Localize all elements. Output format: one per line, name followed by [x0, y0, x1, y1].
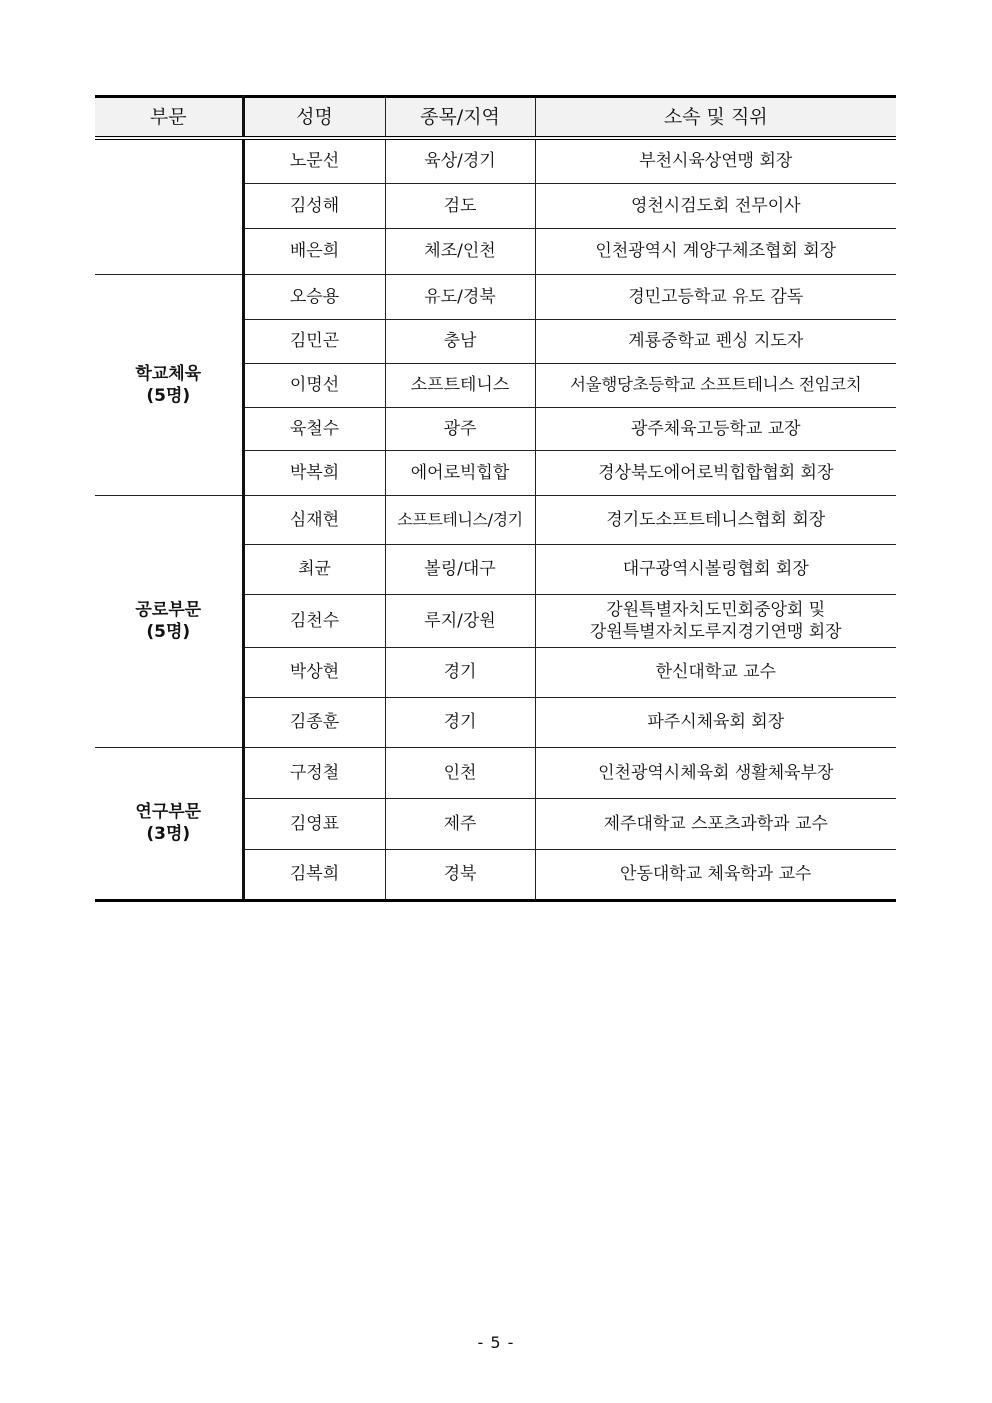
- name-cell: 김천수: [243, 594, 385, 647]
- sport-region-cell: 육상/경기: [385, 138, 535, 183]
- affiliation-cell: 파주시체육회 회장: [535, 697, 896, 747]
- sport-region-cell: 경기: [385, 697, 535, 747]
- affiliation-cell: 경기도소프트테니스협회 회장: [535, 495, 896, 544]
- name-cell: 배은희: [243, 228, 385, 274]
- affiliation-cell: 제주대학교 스포츠과학과 교수: [535, 798, 896, 849]
- category-cell: 연구부문 (3명): [95, 747, 243, 900]
- name-cell: 오승용: [243, 274, 385, 319]
- table-row: 학교체육 (5명) 오승용 유도/경북 경민고등학교 유도 감독: [95, 274, 896, 319]
- sport-region-cell: 인천: [385, 747, 535, 798]
- header-name: 성명: [243, 97, 385, 139]
- affiliation-cell: 인천광역시체육회 생활체육부장: [535, 747, 896, 798]
- name-cell: 구정철: [243, 747, 385, 798]
- affiliation-cell: 안동대학교 체육학과 교수: [535, 849, 896, 900]
- category-label: 학교체육: [97, 363, 240, 385]
- name-cell: 육철수: [243, 407, 385, 450]
- name-cell: 김민곤: [243, 319, 385, 363]
- name-cell: 김복희: [243, 849, 385, 900]
- affiliation-line-1: 강원특별자치도민회중앙회 및: [538, 599, 895, 621]
- sport-region-cell: 제주: [385, 798, 535, 849]
- affiliation-cell: 영천시검도회 전무이사: [535, 183, 896, 228]
- name-cell: 박복희: [243, 450, 385, 495]
- award-roster-table: 부문 성명 종목/지역 소속 및 직위 노문선 육상/경기 부천시육상연맹 회장…: [95, 95, 896, 902]
- category-count: (3명): [97, 823, 240, 845]
- category-label: 공로부문: [97, 599, 240, 621]
- affiliation-cell: 강원특별자치도민회중앙회 및 강원특별자치도루지경기연맹 회장: [535, 594, 896, 647]
- affiliation-cell: 경상북도에어로빅힙합협회 회장: [535, 450, 896, 495]
- name-cell: 노문선: [243, 138, 385, 183]
- sport-region-cell: 체조/인천: [385, 228, 535, 274]
- affiliation-cell: 부천시육상연맹 회장: [535, 138, 896, 183]
- sport-region-cell: 경북: [385, 849, 535, 900]
- sport-region-cell: 유도/경북: [385, 274, 535, 319]
- page-number: - 5 -: [0, 1333, 992, 1352]
- sport-region-cell: 에어로빅힙합: [385, 450, 535, 495]
- affiliation-cell: 경민고등학교 유도 감독: [535, 274, 896, 319]
- name-cell: 박상현: [243, 647, 385, 697]
- sport-region-cell: 볼링/대구: [385, 544, 535, 594]
- sport-region-cell: 검도: [385, 183, 535, 228]
- affiliation-cell: 서울행당초등학교 소프트테니스 전임코치: [535, 363, 896, 407]
- table-row: 노문선 육상/경기 부천시육상연맹 회장: [95, 138, 896, 183]
- table-row: 공로부문 (5명) 심재현 소프트테니스/경기 경기도소프트테니스협회 회장: [95, 495, 896, 544]
- table-row: 연구부문 (3명) 구정철 인천 인천광역시체육회 생활체육부장: [95, 747, 896, 798]
- affiliation-cell: 한신대학교 교수: [535, 647, 896, 697]
- name-cell: 김영표: [243, 798, 385, 849]
- name-cell: 이명선: [243, 363, 385, 407]
- affiliation-cell: 계룡중학교 펜싱 지도자: [535, 319, 896, 363]
- name-cell: 최균: [243, 544, 385, 594]
- name-cell: 김종훈: [243, 697, 385, 747]
- table-header-row: 부문 성명 종목/지역 소속 및 직위: [95, 97, 896, 139]
- category-cell: [95, 138, 243, 274]
- name-cell: 심재현: [243, 495, 385, 544]
- affiliation-line-2: 강원특별자치도루지경기연맹 회장: [538, 621, 895, 643]
- header-sport-region: 종목/지역: [385, 97, 535, 139]
- sport-region-cell: 루지/강원: [385, 594, 535, 647]
- sport-region-cell: 충남: [385, 319, 535, 363]
- affiliation-cell: 인천광역시 계양구체조협회 회장: [535, 228, 896, 274]
- name-cell: 김성해: [243, 183, 385, 228]
- sport-region-cell: 광주: [385, 407, 535, 450]
- header-category: 부문: [95, 97, 243, 139]
- affiliation-cell: 대구광역시볼링협회 회장: [535, 544, 896, 594]
- sport-region-cell: 소프트테니스: [385, 363, 535, 407]
- category-cell: 공로부문 (5명): [95, 495, 243, 747]
- sport-region-cell: 소프트테니스/경기: [385, 495, 535, 544]
- header-affiliation: 소속 및 직위: [535, 97, 896, 139]
- document-page: 부문 성명 종목/지역 소속 및 직위 노문선 육상/경기 부천시육상연맹 회장…: [0, 0, 992, 1403]
- category-count: (5명): [97, 385, 240, 407]
- category-label: 연구부문: [97, 801, 240, 823]
- sport-region-cell: 경기: [385, 647, 535, 697]
- category-count: (5명): [97, 621, 240, 643]
- affiliation-cell: 광주체육고등학교 교장: [535, 407, 896, 450]
- category-cell: 학교체육 (5명): [95, 274, 243, 495]
